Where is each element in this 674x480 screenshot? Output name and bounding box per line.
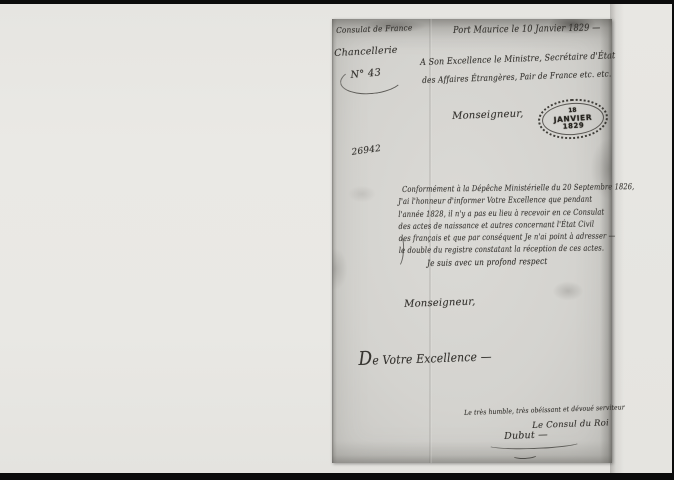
recipient-line-2: des Affaires Étrangères, Pair de France … — [422, 69, 612, 86]
dateline: Port Maurice le 10 Janvier 1829 — — [453, 22, 601, 36]
respect-line: Je suis avec un profond respect — [427, 257, 547, 269]
scanner-background: Consulat de France Chancellerie N° 43 26… — [0, 4, 672, 473]
salutation-monseigneur: Monseigneur, — [452, 109, 524, 122]
margin-note-office: Consulat de France — [336, 23, 413, 35]
body-line: le double du registre constatant la réce… — [399, 242, 635, 257]
letter-page: Consulat de France Chancellerie N° 43 26… — [332, 19, 612, 463]
ink-swoosh-under-number — [339, 62, 406, 98]
address-votre-excellence: De Votre Excellence — — [358, 343, 492, 370]
ink-flourish-bracket — [393, 235, 405, 268]
salutation-monseigneur-2: Monseigneur, — [404, 297, 476, 310]
closing-formula: Le très humble, très obéissant et dévoué… — [464, 403, 625, 417]
ink-flourish-end — [512, 450, 538, 459]
registry-number: 26942 — [351, 144, 382, 158]
letter-body: Conformément à la Dépêche Ministérielle … — [398, 179, 674, 256]
recipient-line-1: A Son Excellence le Ministre, Secrétaire… — [420, 51, 616, 68]
stamp-year: 1829 — [563, 122, 585, 130]
margin-note-service: Chancellerie — [334, 45, 398, 59]
signature-underline-flourish — [487, 436, 581, 450]
scanned-letter-screenshot: { "document": { "margin": { "office": "C… — [0, 0, 674, 480]
arrival-date-stamp: 18 JANVIER 1829 — [537, 97, 610, 142]
stamp-text: 18 JANVIER 1829 — [537, 97, 610, 142]
